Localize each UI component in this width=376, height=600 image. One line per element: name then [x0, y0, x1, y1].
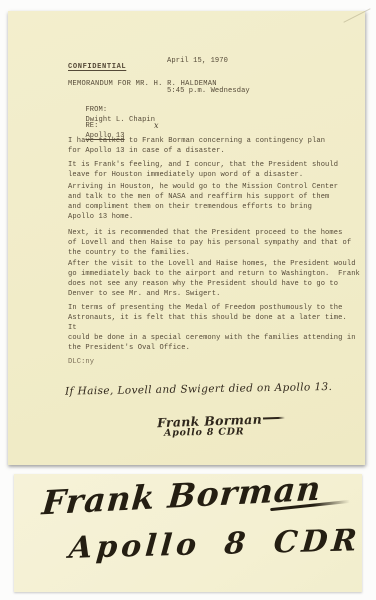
signature-flourish-line	[263, 417, 285, 419]
closeup-signature-title: Apollo 8 CDR	[68, 523, 362, 566]
re-label: RE:	[85, 121, 120, 131]
closeup-signature-name: Frank Borman	[40, 474, 323, 522]
memo-document: April 15, 1970 5:45 p.m. Wednesday CONFI…	[8, 11, 365, 465]
memo-date: April 15, 1970 5:45 p.m. Wednesday	[167, 36, 250, 116]
memo-paragraph-4: Next, it is recommended that the Preside…	[68, 228, 364, 258]
memo-date-line1: April 15, 1970	[167, 56, 250, 66]
handwritten-x-mark: x	[154, 121, 159, 130]
typist-initials: DLC:ny	[68, 357, 94, 367]
handwritten-note: If Haise, Lovell and Swigert died on Apo…	[65, 380, 365, 397]
classification-label: CONFIDENTIAL	[68, 62, 126, 72]
paper-crease	[343, 8, 370, 23]
memo-paragraph-3: Arriving in Houston, he would go to the …	[68, 182, 364, 222]
signature-closeup: Frank Borman Apollo 8 CDR	[14, 474, 362, 592]
memo-recipient-line: MEMORANDUM FOR MR. H. R. HALDEMAN	[68, 79, 217, 89]
memo-paragraph-2: It is Frank's feeling, and I concur, tha…	[68, 160, 364, 180]
memo-paragraph-5: After the visit to the Lovell and Haise …	[68, 259, 364, 299]
memo-paragraph-1: I have talked to Frank Borman concerning…	[68, 136, 364, 156]
signature-title: Apollo 8 CDR	[164, 426, 245, 438]
memo-paragraph-6: In terms of presenting the Medal of Free…	[68, 303, 364, 353]
